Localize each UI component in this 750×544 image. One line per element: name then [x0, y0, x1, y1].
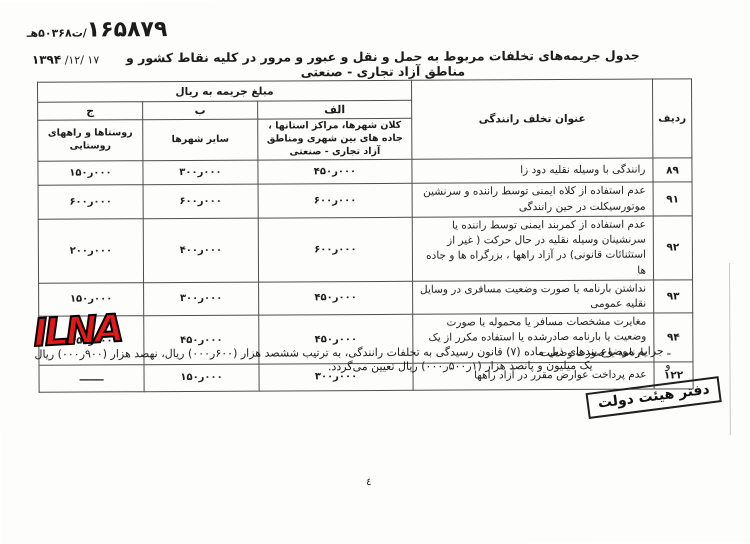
document-number-handwritten: ۱۶۵۸۷۹	[87, 17, 168, 42]
column-header-a: الف	[258, 100, 412, 119]
amount-c-cell: ۶۰۰ر۰۰۰	[38, 185, 143, 219]
header-row-group: ردیف عنوان تخلف رانندگی مبلغ جریمه به ری…	[38, 79, 692, 102]
amount-a-cell: ۴۵۰ر۰۰۰	[258, 160, 412, 185]
amount-a-cell: ۶۰۰ر۰۰۰	[258, 217, 412, 282]
column-desc-c: روستاها و راههای روستایی	[38, 120, 143, 162]
page-number: ٤	[366, 477, 371, 488]
table-row: ۹۱ عدم استفاده از کلاه ایمنی توسط راننده…	[38, 182, 692, 219]
fines-table-header: ردیف عنوان تخلف رانندگی مبلغ جریمه به ری…	[38, 79, 692, 162]
amount-b-cell: ۳۰۰ر۰۰۰	[144, 282, 259, 316]
column-desc-b: سایر شهرها	[143, 119, 258, 161]
row-number-cell: ۸۹	[653, 158, 692, 182]
column-desc-a: کلان شهرها، مراکز استانها ، جاده های بین…	[258, 118, 412, 160]
column-header-row-number: ردیف	[652, 79, 691, 159]
table-row: ۹۳ نداشتن بارنامه یا صورت وضعیت مسافری د…	[39, 280, 693, 317]
amount-c-cell: ۱۵۰ر۰۰۰	[38, 161, 143, 186]
violation-text-cell: رانندگی با وسیله نقلیه دود زا	[412, 158, 653, 183]
amount-b-cell: ۳۰۰ر۰۰۰	[143, 161, 258, 186]
row-number-cell: ۹۳	[654, 280, 693, 314]
violation-text-cell: عدم استفاده از کمربند ایمنی توسط راننده …	[412, 216, 653, 281]
table-row: ۸۹ رانندگی با وسیله نقلیه دود زا ۴۵۰ر۰۰۰…	[38, 158, 692, 185]
column-header-violation: عنوان تخلف رانندگی	[411, 79, 652, 160]
footnote-line-2: یک میلیون و پانصد هزار (۱ر۵۰۰ر۰۰۰) ریال …	[328, 359, 593, 373]
document-title: جدول جریمه‌های تخلفات مربوط به حمل و نقل…	[107, 48, 659, 81]
document-number: ۱۶۵۸۷۹/ت۵۰۳۶۸هـ	[27, 17, 168, 43]
column-header-amount-group: مبلغ جریمه به ریال	[38, 80, 412, 102]
violation-text-cell: عدم استفاده از کلاه ایمنی توسط راننده و …	[412, 182, 653, 217]
document-number-suffix: /ت۵۰۳۶۸هـ	[27, 27, 87, 40]
date-month-day: /۱۲/ ۱۷	[61, 53, 99, 66]
column-header-c: ج	[38, 102, 143, 121]
amount-a-cell: ۴۵۰ر۰۰۰	[259, 281, 413, 315]
amount-b-cell: ۶۰۰ر۰۰۰	[143, 185, 258, 219]
table-row: ۹۲ عدم استفاده از کمربند ایمنی توسط رانن…	[38, 216, 692, 283]
amount-b-cell: ۴۰۰ر۰۰۰	[143, 218, 258, 282]
document-date: ۱۳۹۴ /۱۲/ ۱۷	[32, 52, 106, 66]
amount-a-cell: ۶۰۰ر۰۰۰	[258, 184, 412, 218]
row-number-cell: ۹۲	[653, 216, 692, 280]
violation-text-cell: نداشتن بارنامه یا صورت وضعیت مسافری در و…	[413, 280, 654, 315]
scan-artifact-line	[729, 263, 731, 435]
ilna-watermark: ILNA	[32, 309, 122, 352]
scanned-document-page: ۱۶۵۸۷۹/ت۵۰۳۶۸هـ جدول جریمه‌های تخلفات مر…	[0, 0, 750, 544]
row-number-cell: ۹۱	[653, 182, 692, 216]
date-year: ۱۳۹۴	[32, 53, 61, 67]
column-header-b: ب	[143, 101, 258, 120]
amount-c-cell: ۲۰۰ر۰۰۰	[38, 219, 143, 283]
